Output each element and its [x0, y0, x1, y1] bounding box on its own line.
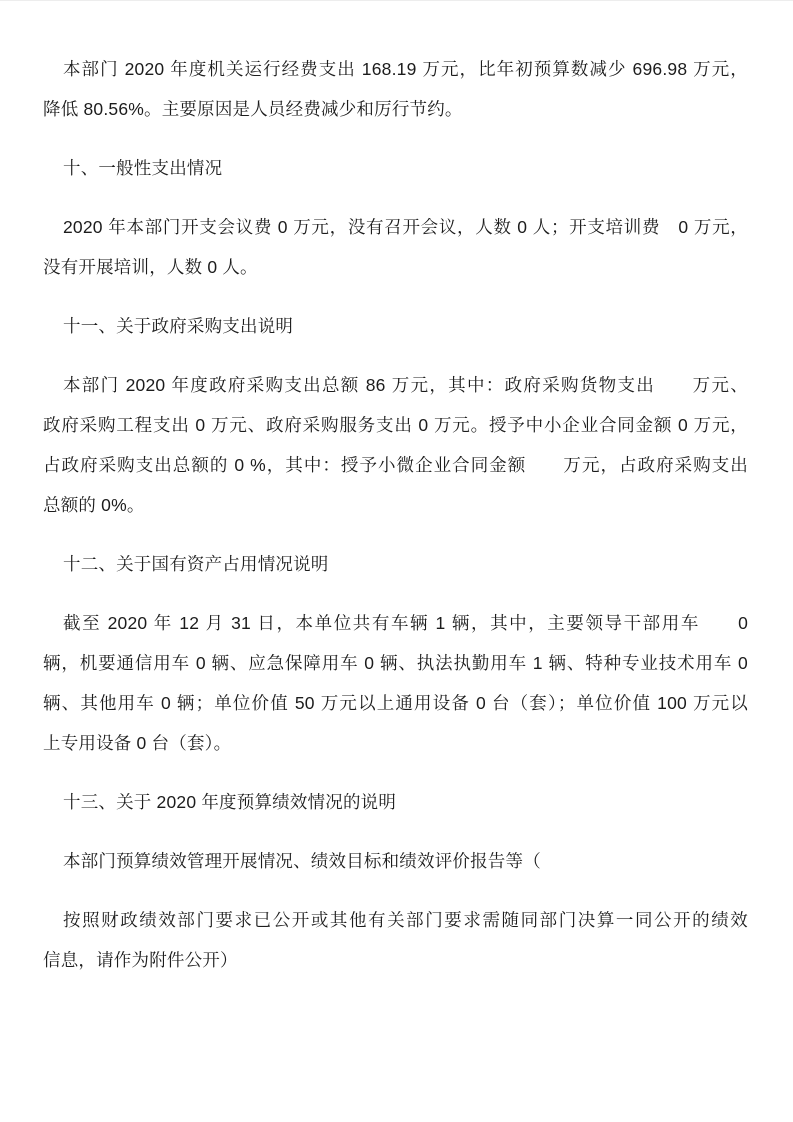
heading-sec10-general-expenditure: 十、一般性支出情况: [43, 148, 748, 188]
para-operating-expense-line-1: 本部门 2020 年度机关运行经费支出 168.19 万元，比年初预算数减少 6…: [43, 49, 748, 89]
heading-sec12-state-assets-line-1: 十二、关于国有资产占用情况说明: [43, 544, 748, 584]
heading-sec11-gov-procurement-line-1: 十一、关于政府采购支出说明: [43, 306, 748, 346]
para-meetings-training-line-1: 2020 年本部门开支会议费 0 万元，没有召开会议，人数 0 人；开支培训费 …: [43, 207, 748, 247]
heading-sec12-state-assets: 十二、关于国有资产占用情况说明: [43, 544, 748, 584]
document-body: 本部门 2020 年度机关运行经费支出 168.19 万元，比年初预算数减少 6…: [43, 49, 748, 980]
para-state-assets-details-line-1: 截至 2020 年 12 月 31 日，本单位共有车辆 1 辆，其中，主要领导干…: [43, 603, 748, 643]
para-state-assets-details-line-3: 辆、其他用车 0 辆；单位价值 50 万元以上通用设备 0 台（套）；单位价值 …: [43, 683, 748, 723]
para-meetings-training-line-2: 没有开展培训，人数 0 人。: [43, 247, 748, 287]
para-operating-expense: 本部门 2020 年度机关运行经费支出 168.19 万元，比年初预算数减少 6…: [43, 49, 748, 129]
para-gov-procurement-details-line-4: 总额的 0%。: [43, 485, 748, 525]
para-performance-overview: 本部门预算绩效管理开展情况、绩效目标和绩效评价报告等（: [43, 841, 748, 881]
para-gov-procurement-details-line-1: 本部门 2020 年度政府采购支出总额 86 万元，其中：政府采购货物支出 万元…: [43, 365, 748, 405]
para-state-assets-details-line-4: 上专用设备 0 台（套）。: [43, 723, 748, 763]
para-gov-procurement-details-line-2: 政府采购工程支出 0 万元、政府采购服务支出 0 万元。授予中小企业合同金额 0…: [43, 405, 748, 445]
para-meetings-training: 2020 年本部门开支会议费 0 万元，没有召开会议，人数 0 人；开支培训费 …: [43, 207, 748, 287]
heading-sec13-budget-performance-line-1: 十三、关于 2020 年度预算绩效情况的说明: [43, 782, 748, 822]
document-page: 本部门 2020 年度机关运行经费支出 168.19 万元，比年初预算数减少 6…: [0, 0, 793, 1122]
heading-sec10-general-expenditure-line-1: 十、一般性支出情况: [43, 148, 748, 188]
heading-sec13-budget-performance: 十三、关于 2020 年度预算绩效情况的说明: [43, 782, 748, 822]
para-performance-overview-line-1: 本部门预算绩效管理开展情况、绩效目标和绩效评价报告等（: [43, 841, 748, 881]
para-operating-expense-line-2: 降低 80.56%。主要原因是人员经费减少和厉行节约。: [43, 89, 748, 129]
para-performance-disclosure-note-line-2: 信息，请作为附件公开）: [43, 940, 748, 980]
para-state-assets-details-line-2: 辆，机要通信用车 0 辆、应急保障用车 0 辆、执法执勤用车 1 辆、特种专业技…: [43, 643, 748, 683]
para-gov-procurement-details-line-3: 占政府采购支出总额的 0 %，其中：授予小微企业合同金额 万元，占政府采购支出: [43, 445, 748, 485]
para-gov-procurement-details: 本部门 2020 年度政府采购支出总额 86 万元，其中：政府采购货物支出 万元…: [43, 365, 748, 525]
para-state-assets-details: 截至 2020 年 12 月 31 日，本单位共有车辆 1 辆，其中，主要领导干…: [43, 603, 748, 763]
para-performance-disclosure-note-line-1: 按照财政绩效部门要求已公开或其他有关部门要求需随同部门决算一同公开的绩效: [43, 900, 748, 940]
para-performance-disclosure-note: 按照财政绩效部门要求已公开或其他有关部门要求需随同部门决算一同公开的绩效信息，请…: [43, 900, 748, 980]
heading-sec11-gov-procurement: 十一、关于政府采购支出说明: [43, 306, 748, 346]
